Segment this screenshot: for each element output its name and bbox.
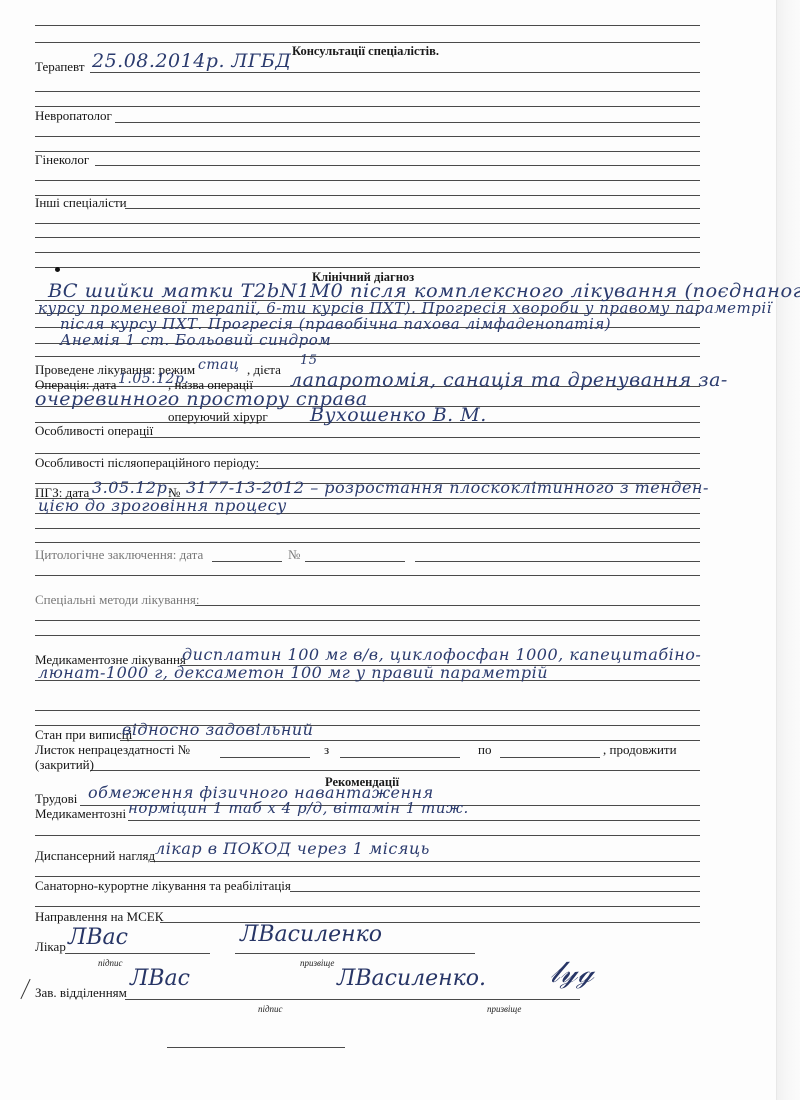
rule-line bbox=[35, 151, 700, 152]
rule-line bbox=[140, 437, 700, 438]
sick-leave-from-label: з bbox=[324, 743, 329, 757]
sick-leave-label: Листок непрацездатності № bbox=[35, 743, 190, 757]
histology-line-2: цією до зроговіння процесу bbox=[38, 496, 287, 515]
head-initial-mark: 𝓁𝓎ℊ bbox=[550, 955, 594, 990]
rule-line bbox=[220, 757, 310, 758]
rule-line bbox=[35, 453, 700, 454]
ink-dot bbox=[55, 267, 60, 272]
rule-line bbox=[35, 528, 700, 529]
rule-line bbox=[35, 575, 700, 576]
rule-line bbox=[35, 635, 700, 636]
rule-line bbox=[35, 91, 700, 92]
rule-line bbox=[35, 180, 700, 181]
histology-line-1: 3177-13-2012 – розростання плоскоклітинн… bbox=[186, 478, 709, 497]
diet-value: 15 bbox=[300, 353, 318, 368]
diagnosis-line-4: Анемія 1 ст. Больовий синдром bbox=[60, 331, 331, 349]
rule-line bbox=[90, 72, 700, 73]
doctor-surname: ЛВасиленко bbox=[240, 922, 382, 947]
medication-recommendation-label: Медикаментозні bbox=[35, 807, 126, 821]
rule-line bbox=[35, 42, 700, 43]
rule-line bbox=[305, 561, 405, 562]
rule-line bbox=[212, 561, 282, 562]
sick-leave-extend-label: , продовжити bbox=[603, 743, 677, 757]
dispensary-label: Диспансерний нагляд bbox=[35, 849, 155, 863]
rule-line bbox=[35, 876, 700, 877]
rule-line bbox=[128, 820, 700, 821]
rule-line bbox=[35, 136, 700, 137]
rule-line bbox=[125, 208, 700, 209]
treatment-regime-value: стац bbox=[198, 357, 239, 373]
rule-line bbox=[35, 356, 700, 357]
histology-date-value: 3.05.12р. bbox=[92, 478, 173, 497]
rule-line bbox=[95, 165, 700, 166]
sanatorium-label: Санаторно-курортне лікування та реабіліт… bbox=[35, 879, 291, 893]
discharge-state-value: відносно задовільний bbox=[122, 720, 313, 739]
gynecologist-label: Гінеколог bbox=[35, 153, 89, 167]
head-of-department-label: Зав. відділенням bbox=[35, 986, 127, 1000]
rule-line bbox=[290, 891, 700, 892]
doctor-signature: ЛВас bbox=[68, 925, 128, 950]
rule-line bbox=[35, 906, 700, 907]
diet-label: , дієта bbox=[247, 363, 281, 377]
rule-line bbox=[35, 252, 700, 253]
msek-referral-label: Направлення на МСЕК bbox=[35, 910, 163, 924]
medical-record-page: Консультації спеціалістів. Клінічний діа… bbox=[0, 0, 800, 1100]
rule-line bbox=[35, 620, 700, 621]
cytology-number-label: № bbox=[288, 548, 300, 562]
sick-leave-closed-label: (закритий) bbox=[35, 758, 94, 772]
head-signature-caption: підпис bbox=[258, 1004, 283, 1014]
doctor-surname-caption: призвіще bbox=[300, 958, 334, 968]
rule-line bbox=[500, 757, 600, 758]
rule-line bbox=[35, 267, 700, 268]
rule-line bbox=[125, 999, 580, 1000]
rule-line bbox=[195, 605, 700, 606]
rule-line bbox=[65, 953, 210, 954]
rule-line bbox=[35, 710, 700, 711]
rule-line bbox=[235, 953, 475, 954]
labor-recommendation-label: Трудові bbox=[35, 792, 77, 806]
ink-mark bbox=[20, 979, 30, 999]
surgeon-label: оперуючий хірург bbox=[168, 410, 268, 424]
cytology-date-label: Цитологічне заключення: дата bbox=[35, 548, 203, 562]
neuropathologist-label: Невропатолог bbox=[35, 109, 112, 123]
scan-edge bbox=[776, 0, 800, 1100]
special-methods-label: Спеціальні методи лікування: bbox=[35, 593, 200, 607]
rule-line bbox=[35, 835, 700, 836]
other-specialists-label: Інші спеціалісти bbox=[35, 196, 127, 210]
medication-line-1: дисплатин 100 мг в/в, циклофосфан 1000, … bbox=[182, 645, 701, 664]
dispensary-value: лікар в ПОКОД через 1 місяць bbox=[155, 839, 430, 858]
rule-line bbox=[35, 542, 700, 543]
medication-recommendation-value: норміцин 1 таб х 4 р/д, вітамін 1 тиж. bbox=[128, 799, 469, 817]
postop-period-label: Особливості післяопераційного періоду: bbox=[35, 456, 259, 470]
rule-line bbox=[167, 1047, 345, 1048]
head-signature: ЛВас bbox=[130, 966, 190, 991]
doctor-signature-caption: підпис bbox=[98, 958, 123, 968]
sick-leave-to-label: по bbox=[478, 743, 491, 757]
section-heading-consultations: Консультації спеціалістів. bbox=[292, 44, 439, 59]
rule-line bbox=[255, 468, 700, 469]
therapist-value: 25.08.2014р. ЛГБД bbox=[92, 50, 291, 72]
rule-line bbox=[35, 237, 700, 238]
rule-line bbox=[120, 740, 700, 741]
doctor-label: Лікар bbox=[35, 940, 66, 954]
rule-line bbox=[115, 122, 700, 123]
rule-line bbox=[415, 561, 700, 562]
rule-line bbox=[35, 223, 700, 224]
medication-line-2: люнат-1000 г, дексаметон 100 мг у правий… bbox=[38, 663, 548, 682]
rule-line bbox=[35, 25, 700, 26]
therapist-label: Терапевт bbox=[35, 60, 85, 74]
head-surname: ЛВасиленко. bbox=[337, 966, 486, 991]
operation-features-label: Особливості операції bbox=[35, 424, 153, 438]
head-surname-caption: призвіще bbox=[487, 1004, 521, 1014]
rule-line bbox=[90, 770, 700, 771]
discharge-state-label: Стан при виписці bbox=[35, 728, 132, 742]
surgeon-value: Вухошенко В. М. bbox=[310, 404, 487, 426]
rule-line bbox=[150, 861, 700, 862]
rule-line bbox=[340, 757, 460, 758]
rule-line bbox=[35, 195, 700, 196]
rule-line bbox=[35, 106, 700, 107]
